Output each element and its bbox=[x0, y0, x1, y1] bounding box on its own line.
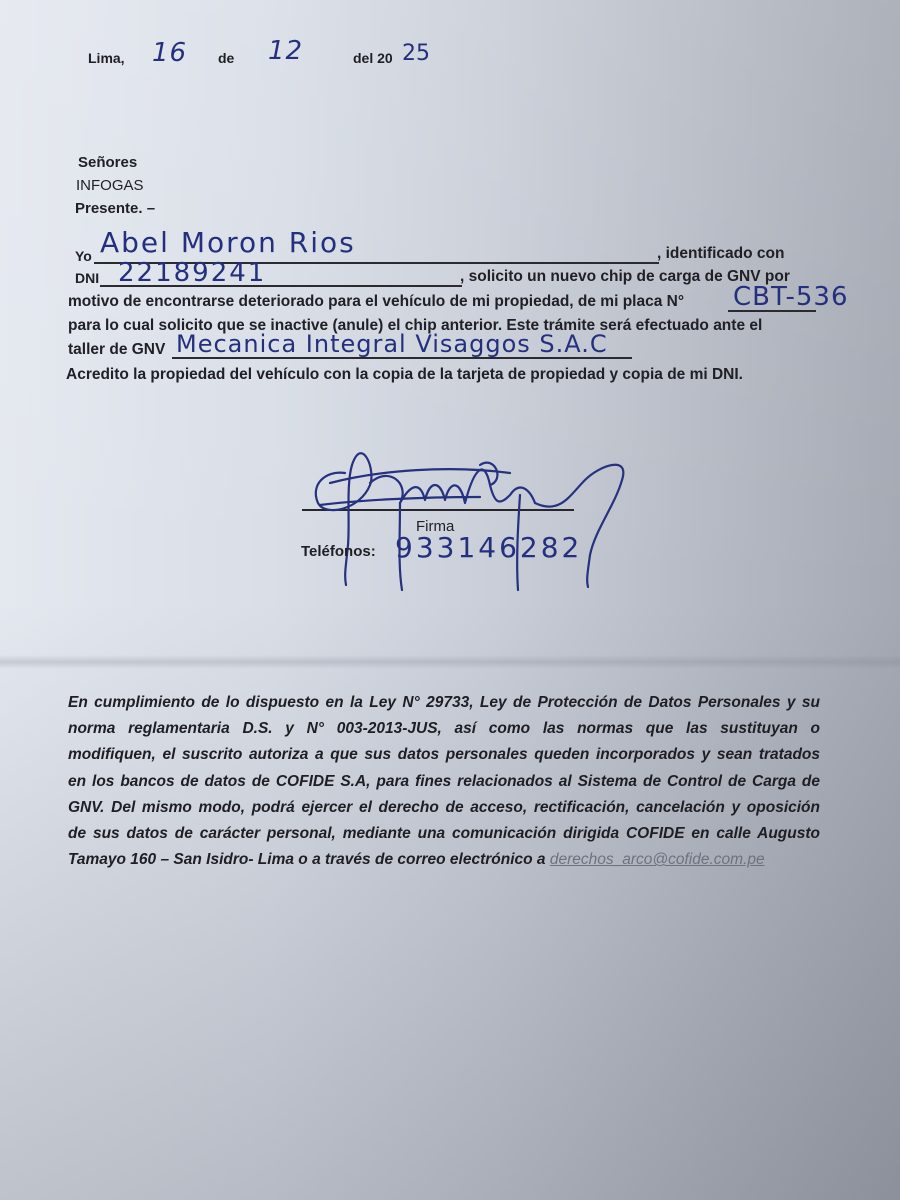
email-link[interactable]: derechos_arco@cofide.com.pe bbox=[550, 851, 765, 868]
year-prefix: del 20 bbox=[353, 50, 393, 66]
name-handwritten-field: Abel Moron Rios bbox=[100, 226, 356, 259]
taller-handwritten-field: Mecanica Integral Visaggos S.A.C bbox=[176, 330, 608, 358]
notice-line: GNV. Del mismo modo, podrá ejercer el de… bbox=[68, 795, 820, 821]
telefonos-label: Teléfonos: bbox=[301, 543, 376, 560]
yo-label: Yo bbox=[75, 248, 92, 264]
identificado-text: , identificado con bbox=[657, 245, 784, 263]
notice-line: En cumplimiento de lo dispuesto en la Le… bbox=[68, 690, 820, 716]
year-suffix-handwritten: 25 bbox=[402, 41, 430, 66]
notice-line: norma reglamentaria D.S. y N° 003-2013-J… bbox=[68, 716, 820, 742]
acredito-text: Acredito la propiedad del vehículo con l… bbox=[66, 366, 743, 384]
data-protection-notice: En cumplimiento de lo dispuesto en la Le… bbox=[68, 690, 820, 873]
notice-line: de sus datos de carácter personal, media… bbox=[68, 821, 820, 847]
day-handwritten: 16 bbox=[152, 38, 187, 68]
dni-label: DNI bbox=[75, 270, 99, 286]
telefono-handwritten-field: 933146282 bbox=[395, 531, 582, 564]
notice-line: modifiquen, el suscrito autoriza a que s… bbox=[68, 742, 820, 768]
notice-last-line: Tamayo 160 – San Isidro- Lima o a través… bbox=[68, 847, 820, 873]
motivo-text: motivo de encontrarse deteriorado para e… bbox=[68, 293, 684, 311]
addressee-presente: Presente. – bbox=[75, 200, 155, 217]
addressee-company: INFOGAS bbox=[76, 177, 144, 194]
taller-label: taller de GNV bbox=[68, 341, 165, 359]
paper-fold-crease bbox=[0, 655, 900, 669]
addressee-line-1: Señores bbox=[78, 154, 137, 171]
notice-line: en los bancos de datos de COFIDE S.A, pa… bbox=[68, 769, 820, 795]
de-label: de bbox=[218, 50, 234, 66]
month-handwritten: 12 bbox=[268, 36, 303, 66]
dni-handwritten-field: 22189241 bbox=[118, 258, 266, 288]
handwritten-signature bbox=[300, 425, 640, 595]
notice-last-line-text: Tamayo 160 – San Isidro- Lima o a través… bbox=[68, 851, 550, 868]
placa-handwritten-field: CBT-536 bbox=[733, 282, 849, 312]
city-label: Lima, bbox=[88, 50, 125, 66]
